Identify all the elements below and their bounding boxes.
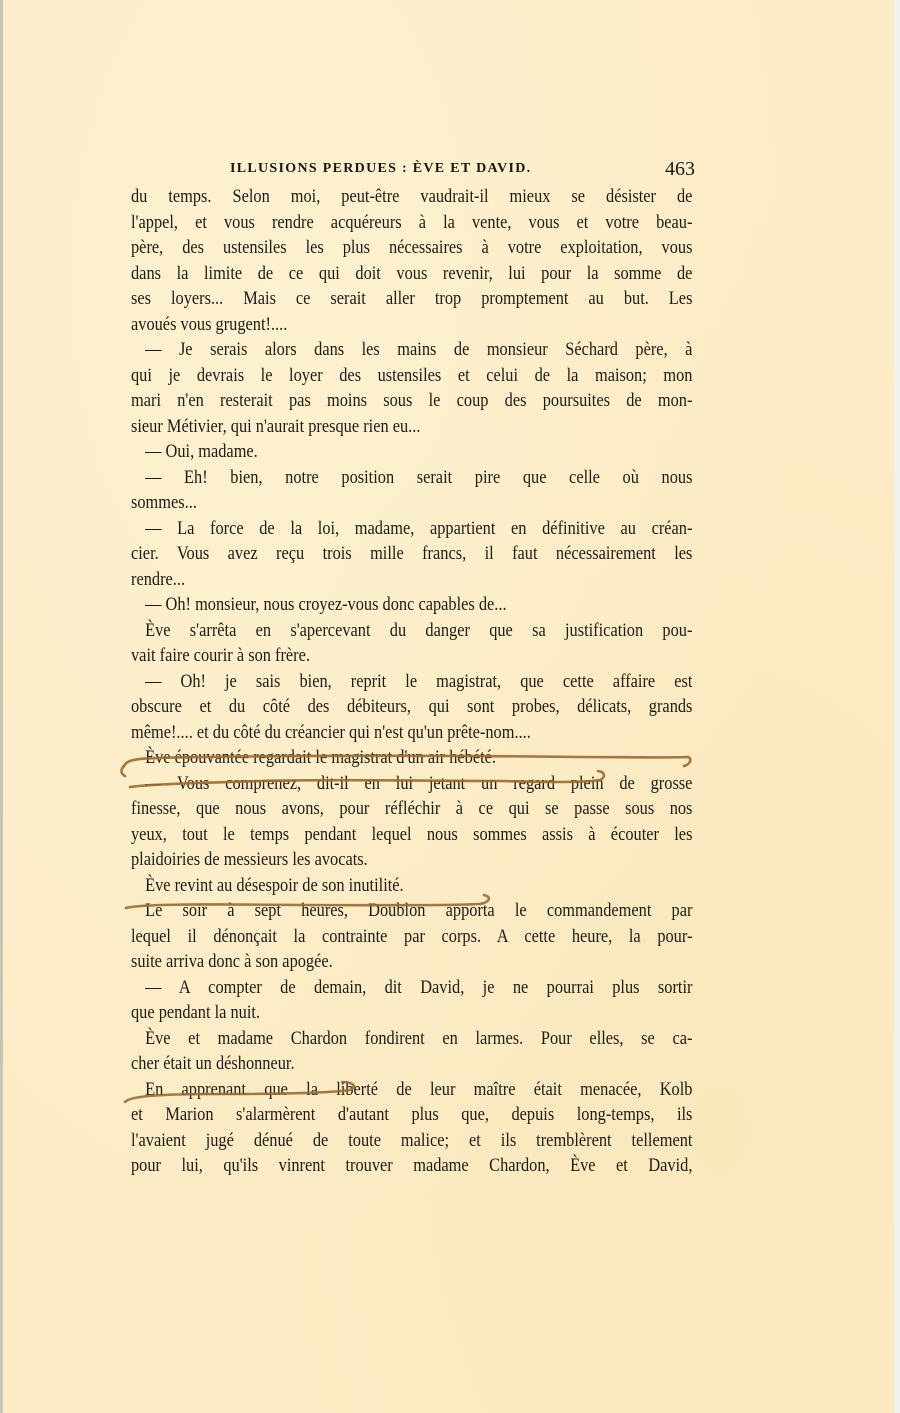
text-line: — Oui, madame.: [131, 439, 692, 465]
text-line: père, des ustensiles les plus nécessaire…: [131, 235, 692, 261]
text-line: — Je serais alors dans les mains de mons…: [131, 337, 692, 363]
text-line: avoués vous grugent!....: [131, 312, 692, 338]
text-line: mari n'en resterait pas moins sous le co…: [131, 388, 692, 414]
text-line: Ève s'arrêta en s'apercevant du danger q…: [131, 618, 692, 644]
text-line: vait faire courir à son frère.: [131, 643, 692, 669]
text-line: Ève revint au désespoir de son inutilité…: [131, 873, 692, 899]
text-line: — Oh! monsieur, nous croyez-vous donc ca…: [131, 592, 692, 618]
text-line: finesse, que nous avons, pour réfléchir …: [131, 796, 692, 822]
text-line: yeux, tout le temps pendant lequel nous …: [131, 822, 692, 848]
text-line: Ève épouvantée regardait le magistrat d'…: [131, 745, 692, 771]
text-line: obscure et du côté des débiteurs, qui so…: [131, 694, 692, 720]
page-number: 463: [665, 158, 695, 181]
text-line: pour lui, qu'ils vinrent trouver madame …: [131, 1153, 692, 1179]
annotation-bracket-left: [121, 766, 125, 776]
text-line: suite arriva donc à son apogée.: [131, 949, 692, 975]
text-line: — Oh! je sais bien, reprit le magistrat,…: [131, 669, 692, 695]
text-line: et Marion s'alarmèrent d'autant plus que…: [131, 1102, 692, 1128]
text-line: même!.... et du côté du créancier qui n'…: [131, 720, 692, 746]
body-text: du temps. Selon moi, peut-être vaudrait-…: [131, 184, 693, 1179]
scan-left-edge: [0, 0, 3, 1413]
text-line: lequel il dénonçait la contrainte par co…: [131, 924, 692, 950]
text-line: — Eh! bien, notre position serait pire q…: [131, 465, 692, 491]
text-line: cher était un déshonneur.: [131, 1051, 692, 1077]
text-line: — Vous comprenez, dit-il en lui jetant u…: [131, 771, 692, 797]
text-line: Le soir à sept heures, Doublon apporta l…: [131, 898, 692, 924]
text-line: sieur Métivier, qui n'aurait presque rie…: [131, 414, 692, 440]
text-line: qui je devrais le loyer des ustensiles e…: [131, 363, 692, 389]
text-line: l'appel, et vous rendre acquéreurs à la …: [131, 210, 692, 236]
text-line: que pendant la nuit.: [131, 1000, 692, 1026]
text-line: — La force de la loi, madame, appartient…: [131, 516, 692, 542]
text-line: sommes...: [131, 490, 692, 516]
text-line: plaidoiries de messieurs les avocats.: [131, 847, 692, 873]
text-line: Ève et madame Chardon fondirent en larme…: [131, 1026, 692, 1052]
text-line: rendre...: [131, 567, 692, 593]
text-line: dans la limite de ce qui doit vous reven…: [131, 261, 692, 287]
book-page: ILLUSIONS PERDUES : ÈVE ET DAVID. 463 du…: [0, 0, 900, 1413]
text-line: cier. Vous avez reçu trois mille francs,…: [131, 541, 692, 567]
running-head: ILLUSIONS PERDUES : ÈVE ET DAVID. 463: [230, 158, 695, 184]
text-line: En apprenant que la liberté de leur maît…: [131, 1077, 692, 1103]
text-line: ses loyers... Mais ce serait aller trop …: [131, 286, 692, 312]
scan-right-edge: [894, 0, 900, 1413]
text-line: du temps. Selon moi, peut-être vaudrait-…: [131, 184, 692, 210]
text-line: l'avaient jugé dénué de toute malice; et…: [131, 1128, 692, 1154]
running-title: ILLUSIONS PERDUES : ÈVE ET DAVID.: [230, 161, 531, 177]
text-line: — A compter de demain, dit David, je ne …: [131, 975, 692, 1001]
